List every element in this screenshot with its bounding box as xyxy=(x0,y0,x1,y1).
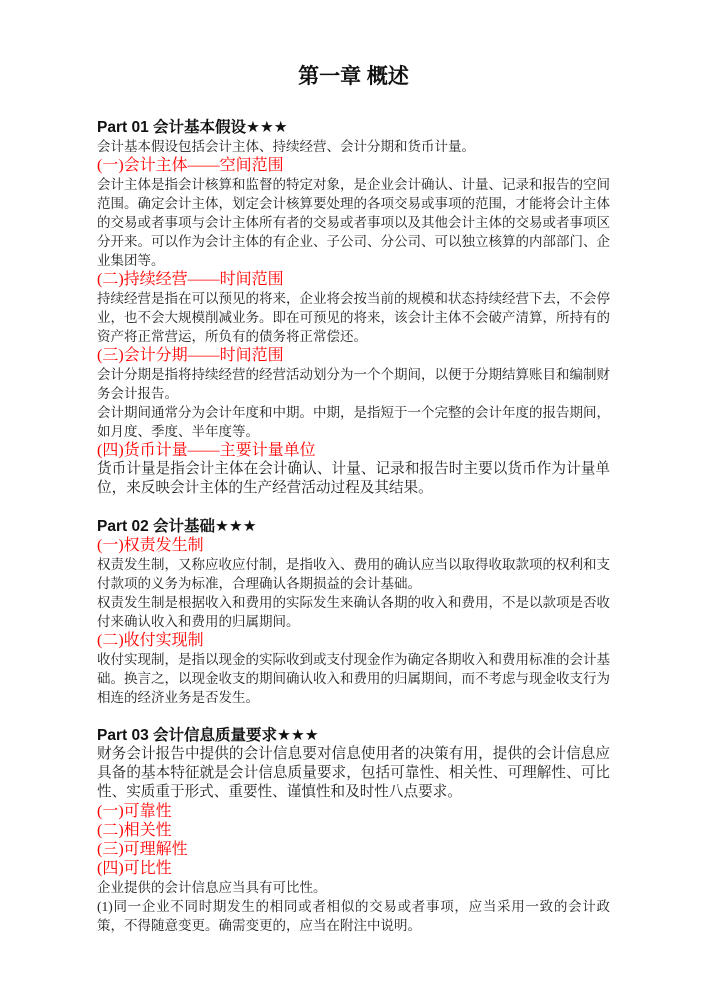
red-subheading: (二)相关性 xyxy=(97,821,610,840)
part-heading: Part 02 会计基础★★★ xyxy=(97,517,610,536)
chapter-title: 第一章 概述 xyxy=(97,64,610,89)
red-subheading: (四)可比性 xyxy=(97,859,610,878)
red-subheading: (二)持续经营——时间范围 xyxy=(97,270,610,289)
red-subheading: (四)货币计量——主要计量单位 xyxy=(97,441,610,460)
red-subheading: (一)权责发生制 xyxy=(97,536,610,555)
paragraph: 财务会计报告中提供的会计信息要对信息使用者的决策有用，提供的会计信息应具备的基本… xyxy=(97,745,610,802)
paragraph: 会计期间通常分为会计年度和中期。中期，是指短于一个完整的会计年度的报告期间，如月… xyxy=(97,403,610,441)
paragraph: 会计主体是指会计核算和监督的特定对象，是企业会计确认、计量、记录和报告的空间范围… xyxy=(97,175,610,270)
paragraph: 会计分期是指将持续经营的经营活动划分为一个个期间，以便于分期结算账目和编制财务会… xyxy=(97,365,610,403)
paragraph: (1)同一企业不同时期发生的相同或者相似的交易或者事项，应当采用一致的会计政策，… xyxy=(97,897,610,935)
paragraph: 会计基本假设包括会计主体、持续经营、会计分期和货币计量。 xyxy=(97,137,610,156)
paragraph: 企业提供的会计信息应当具有可比性。 xyxy=(97,878,610,897)
section-part-03: Part 03 会计信息质量要求★★★ 财务会计报告中提供的会计信息要对信息使用… xyxy=(97,726,610,935)
paragraph: 权责发生制是根据收入和费用的实际发生来确认各期的收入和费用，不是以款项是否收付来… xyxy=(97,593,610,631)
section-part-01: Part 01 会计基本假设★★★ 会计基本假设包括会计主体、持续经营、会计分期… xyxy=(97,118,610,498)
part-heading: Part 01 会计基本假设★★★ xyxy=(97,118,610,137)
paragraph: 持续经营是指在可以预见的将来，企业将会按当前的规模和状态持续经营下去，不会停业，… xyxy=(97,289,610,346)
red-subheading: (一)会计主体——空间范围 xyxy=(97,156,610,175)
paragraph: 货币计量是指会计主体在会计确认、计量、记录和报告时主要以货币作为计量单位，来反映… xyxy=(97,460,610,498)
red-subheading: (二)收付实现制 xyxy=(97,631,610,650)
paragraph: 权责发生制，又称应收应付制，是指收入、费用的确认应当以取得收取款项的权利和支付款… xyxy=(97,555,610,593)
paragraph: 收付实现制，是指以现金的实际收到或支付现金作为确定各期收入和费用标准的会计基础。… xyxy=(97,650,610,707)
document-page: 第一章 概述 Part 01 会计基本假设★★★ 会计基本假设包括会计主体、持续… xyxy=(0,0,707,999)
red-subheading: (三)可理解性 xyxy=(97,840,610,859)
section-part-02: Part 02 会计基础★★★ (一)权责发生制 权责发生制，又称应收应付制，是… xyxy=(97,517,610,707)
part-heading: Part 03 会计信息质量要求★★★ xyxy=(97,726,610,745)
red-subheading: (三)会计分期——时间范围 xyxy=(97,346,610,365)
red-subheading: (一)可靠性 xyxy=(97,802,610,821)
